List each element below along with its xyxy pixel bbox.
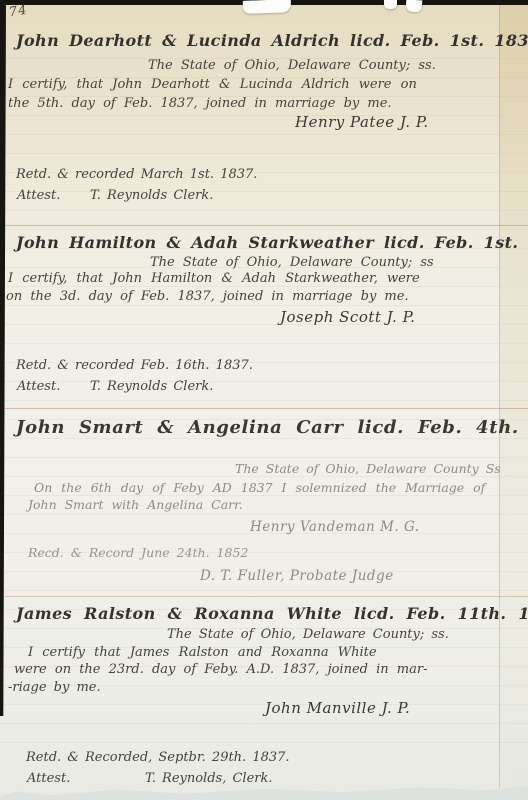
page-number: 74 [8, 3, 29, 21]
entry-line: I certify, that John Dearhott & Lucinda … [8, 77, 417, 92]
recorded-line: Recd. & Record June 24th. 1852 [28, 545, 248, 560]
attest-name: T. Reynolds Clerk. [90, 379, 213, 394]
justice-signature: Joseph Scott J. P. [280, 308, 415, 326]
entry-line: on the 3d. day of Feb. 1837, joined in m… [6, 289, 409, 304]
page-right-edge [499, 0, 528, 788]
recorded-line: Retd. & recorded Feb. 16th. 1837. [16, 358, 253, 373]
entry-line: -riage by me. [8, 680, 101, 695]
entry-line: The State of Ohio, Delaware County; ss [150, 255, 434, 270]
entry-heading: John Smart & Angelina Carr licd. Feb. 4t… [16, 417, 528, 438]
entry-heading: John Dearhott & Lucinda Aldrich licd. Fe… [16, 31, 528, 50]
entry-line: The State of Ohio, Delaware County; ss. [167, 627, 449, 642]
attest-name: T. Reynolds, Clerk. [145, 771, 273, 786]
attest-name: T. Reynolds Clerk. [90, 188, 213, 203]
tape-fragment [243, 0, 291, 14]
attest-label: Attest. [17, 379, 60, 394]
tape-fragment [406, 0, 423, 12]
separator-line [5, 596, 528, 597]
recorded-line: Retd. & recorded March 1st. 1837. [16, 167, 257, 182]
entry-line: I certify that James Ralston and Roxanna… [28, 645, 377, 660]
attest-label: Attest. [27, 771, 70, 786]
tape-fragment [384, 0, 397, 9]
entry-line: I certify, that John Hamilton & Adah Sta… [8, 271, 420, 286]
entry-heading: John Hamilton & Adah Starkweather licd. … [16, 233, 528, 252]
separator-line [5, 408, 528, 409]
separator-line [5, 225, 528, 226]
document-page: 74 John Dearhott & Lucinda Aldrich licd.… [0, 0, 528, 800]
entry-line: On the 6th day of Feby AD 1837 I solemni… [34, 480, 485, 495]
entry-line: the 5th. day of Feb. 1837, joined in mar… [8, 96, 392, 111]
attest-label: Attest. [17, 188, 60, 203]
entry-heading: James Ralston & Roxanna White licd. Feb.… [16, 604, 528, 623]
entry-line: John Smart with Angelina Carr. [28, 497, 243, 512]
judge-signature: D. T. Fuller, Probate Judge [200, 568, 394, 584]
justice-signature: John Manville J. P. [265, 699, 410, 717]
minister-signature: Henry Vandeman M. G. [250, 519, 420, 535]
entry-line: The State of Ohio, Delaware County; ss. [148, 58, 436, 73]
entry-line: The State of Ohio, Delaware County Ss [235, 461, 501, 476]
recorded-line: Retd. & Recorded, Septbr. 29th. 1837. [26, 750, 290, 765]
entry-line: were on the 23rd. day of Feby. A.D. 1837… [14, 662, 427, 677]
justice-signature: Henry Patee J. P. [295, 113, 429, 131]
